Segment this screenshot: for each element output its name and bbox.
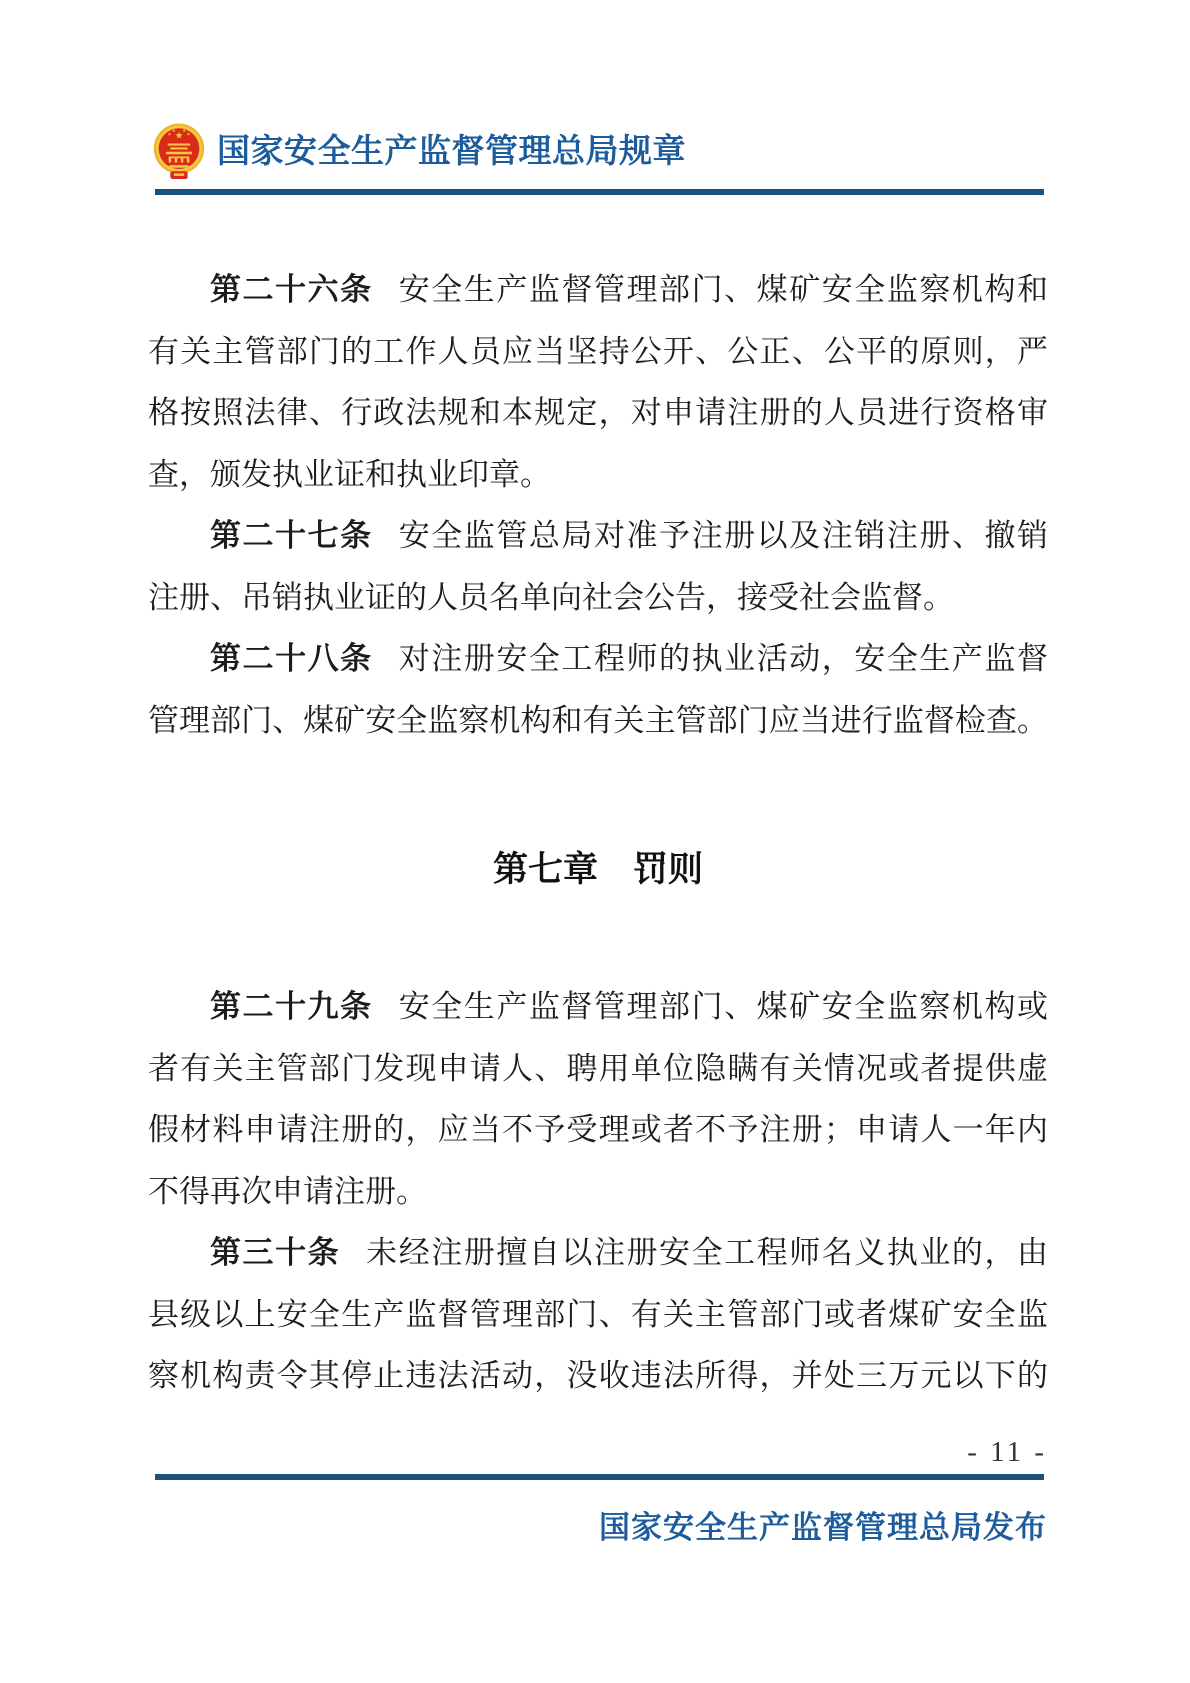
body-line: 注册、吊销执业证的人员名单向社会公告，接受社会监督。	[148, 567, 1048, 629]
article-number: 第二十六条	[210, 272, 373, 307]
body-line: 第二十七条安全监管总局对准予注册以及注销注册、撤销	[148, 505, 1048, 567]
line-text: 假材料申请注册的，应当不予受理或者不予注册；申请人一年内	[148, 1112, 1048, 1147]
chapter-heading: 第七章 罚则	[148, 839, 1048, 901]
body-line: 假材料申请注册的，应当不予受理或者不予注册；申请人一年内	[148, 1099, 1048, 1161]
article-number: 第二十七条	[210, 518, 373, 553]
line-text: 察机构责令其停止违法活动，没收违法所得，并处三万元以下的	[148, 1358, 1048, 1393]
line-text: 者有关主管部门发现申请人、聘用单位隐瞒有关情况或者提供虚	[148, 1051, 1048, 1086]
body-line: 县级以上安全生产监督管理部门、有关主管部门或者煤矿安全监	[148, 1284, 1048, 1346]
line-text: 未经注册擅自以注册安全工程师名义执业的，由	[366, 1235, 1048, 1270]
body-line: 管理部门、煤矿安全监察机构和有关主管部门应当进行监督检查。	[148, 690, 1048, 752]
line-text: 不得再次申请注册。	[148, 1174, 427, 1209]
china-national-emblem-icon: ★ ★ ★ ★ ★	[153, 122, 205, 184]
document-body: 第二十六条安全生产监督管理部门、煤矿安全监察机构和 有关主管部门的工作人员应当坚…	[148, 259, 1048, 1407]
line-text: 查，颁发执业证和执业印章。	[148, 457, 551, 492]
page-number: - 11 -	[967, 1436, 1047, 1469]
body-line: 察机构责令其停止违法活动，没收违法所得，并处三万元以下的	[148, 1345, 1048, 1407]
body-line: 第二十八条对注册安全工程师的执业活动，安全生产监督	[148, 628, 1048, 690]
line-text: 县级以上安全生产监督管理部门、有关主管部门或者煤矿安全监	[148, 1297, 1048, 1332]
line-text: 安全生产监督管理部门、煤矿安全监察机构和	[399, 272, 1048, 307]
svg-text:★: ★	[168, 132, 172, 138]
body-line: 第二十六条安全生产监督管理部门、煤矿安全监察机构和	[148, 259, 1048, 321]
header-rule	[155, 189, 1044, 195]
line-text: 管理部门、煤矿安全监察机构和有关主管部门应当进行监督检查。	[148, 703, 1048, 738]
footer-rule	[155, 1474, 1044, 1480]
footer-publisher: 国家安全生产监督管理总局发布	[599, 1502, 1047, 1547]
body-line: 格按照法律、行政法规和本规定，对申请注册的人员进行资格审	[148, 382, 1048, 444]
document-page: ★ ★ ★ ★ ★ 国家安全生产监督管理总局规章 第二十六条安全生产监督管理部门…	[0, 0, 1190, 1683]
body-line: 者有关主管部门发现申请人、聘用单位隐瞒有关情况或者提供虚	[148, 1038, 1048, 1100]
body-line: 第三十条未经注册擅自以注册安全工程师名义执业的，由	[148, 1222, 1048, 1284]
body-line: 有关主管部门的工作人员应当坚持公开、公正、公平的原则，严	[148, 321, 1048, 383]
svg-text:★: ★	[187, 132, 191, 138]
line-text: 安全生产监督管理部门、煤矿安全监察机构或	[399, 989, 1048, 1024]
line-text: 安全监管总局对准予注册以及注销注册、撤销	[399, 518, 1048, 553]
article-number: 第二十九条	[210, 989, 373, 1024]
body-line: 第二十九条安全生产监督管理部门、煤矿安全监察机构或	[148, 976, 1048, 1038]
body-line: 查，颁发执业证和执业印章。	[148, 444, 1048, 506]
document-header-title: 国家安全生产监督管理总局规章	[217, 131, 686, 173]
line-text: 对注册安全工程师的执业活动，安全生产监督	[399, 641, 1048, 676]
line-text: 有关主管部门的工作人员应当坚持公开、公正、公平的原则，严	[148, 334, 1048, 369]
svg-text:★: ★	[172, 128, 176, 134]
article-number: 第二十八条	[210, 641, 373, 676]
article-number: 第三十条	[210, 1235, 340, 1270]
svg-text:★: ★	[182, 128, 186, 134]
line-text: 格按照法律、行政法规和本规定，对申请注册的人员进行资格审	[148, 395, 1048, 430]
body-line: 不得再次申请注册。	[148, 1161, 1048, 1223]
line-text: 注册、吊销执业证的人员名单向社会公告，接受社会监督。	[148, 580, 954, 615]
